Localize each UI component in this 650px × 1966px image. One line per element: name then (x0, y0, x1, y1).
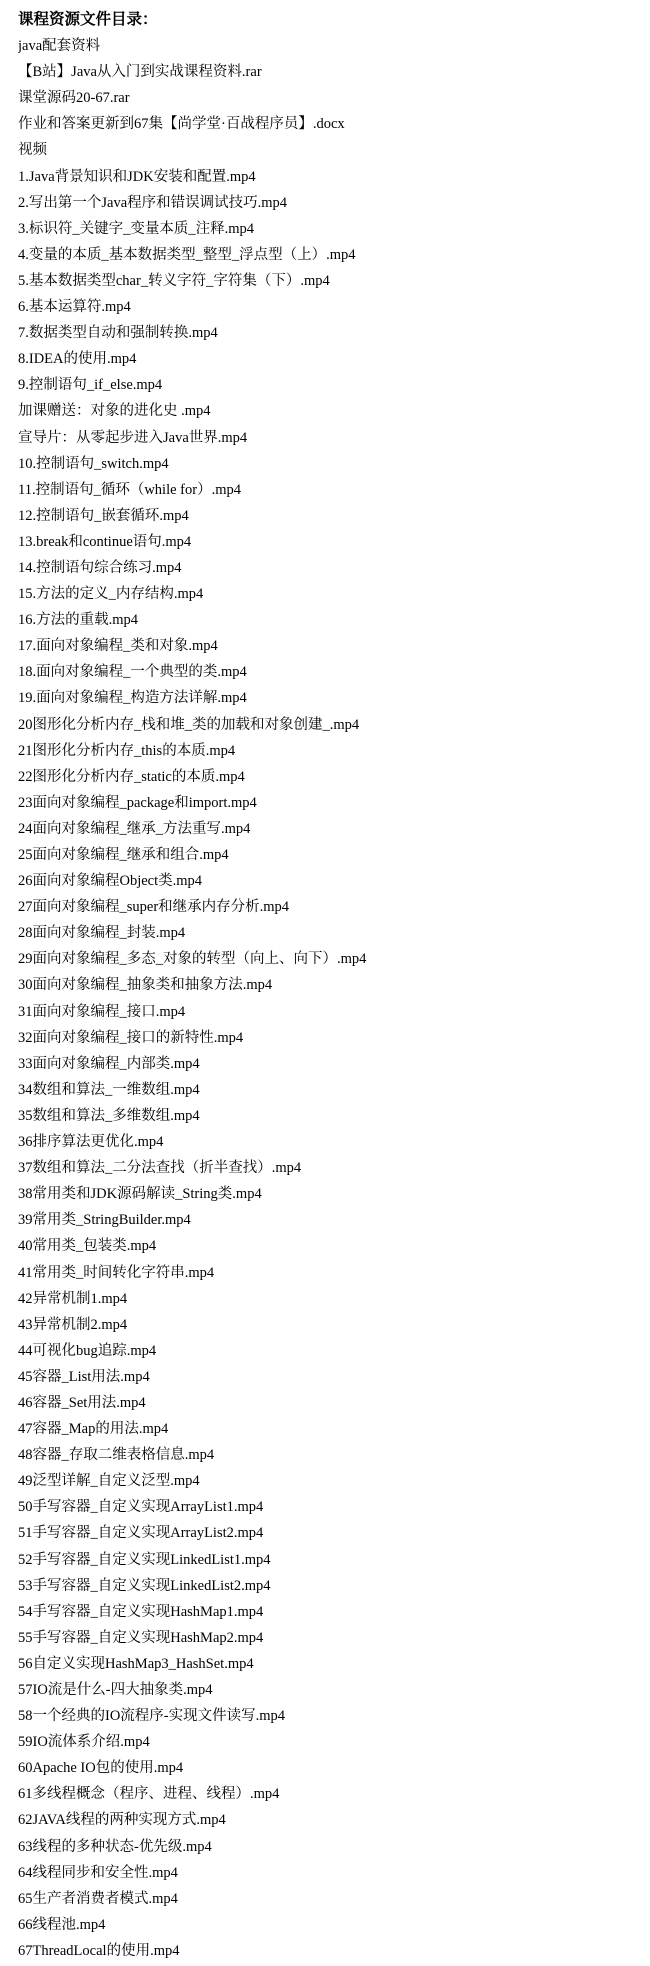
file-list-item: 1.Java背景知识和JDK安装和配置.mp4 (18, 164, 640, 190)
file-list-item: 39常用类_StringBuilder.mp4 (18, 1207, 640, 1233)
file-list-item: 28面向对象编程_封装.mp4 (18, 920, 640, 946)
file-list-item: 11.控制语句_循环（while for）.mp4 (18, 477, 640, 503)
file-list-item: 3.标识符_关键字_变量本质_注释.mp4 (18, 216, 640, 242)
file-list-item: 44可视化bug追踪.mp4 (18, 1338, 640, 1364)
file-list-item: 65生产者消费者模式.mp4 (18, 1886, 640, 1912)
file-list-item: 64线程同步和安全性.mp4 (18, 1860, 640, 1886)
file-list-item: 60Apache IO包的使用.mp4 (18, 1755, 640, 1781)
file-list-item: 53手写容器_自定义实现LinkedList2.mp4 (18, 1573, 640, 1599)
file-list-item: 57IO流是什么-四大抽象类.mp4 (18, 1677, 640, 1703)
file-list-item: 40常用类_包装类.mp4 (18, 1233, 640, 1259)
file-list-item: 4.变量的本质_基本数据类型_整型_浮点型（上）.mp4 (18, 242, 640, 268)
file-list-item: 47容器_Map的用法.mp4 (18, 1416, 640, 1442)
file-list-item: 16.方法的重载.mp4 (18, 607, 640, 633)
file-list-item: 36排序算法更优化.mp4 (18, 1129, 640, 1155)
file-list-item: 59IO流体系介绍.mp4 (18, 1729, 640, 1755)
file-list-item: 21图形化分析内存_this的本质.mp4 (18, 738, 640, 764)
file-list-item: 课堂源码20-67.rar (18, 85, 640, 111)
file-list-item: 50手写容器_自定义实现ArrayList1.mp4 (18, 1494, 640, 1520)
file-list-item: 46容器_Set用法.mp4 (18, 1390, 640, 1416)
file-list-item: 19.面向对象编程_构造方法详解.mp4 (18, 685, 640, 711)
file-list-item: 67ThreadLocal的使用.mp4 (18, 1938, 640, 1964)
file-list-item: 30面向对象编程_抽象类和抽象方法.mp4 (18, 972, 640, 998)
file-list-item: 20图形化分析内存_栈和堆_类的加载和对象创建_.mp4 (18, 712, 640, 738)
file-list-item: 15.方法的定义_内存结构.mp4 (18, 581, 640, 607)
file-list-item: 14.控制语句综合练习.mp4 (18, 555, 640, 581)
file-list-item: 56自定义实现HashMap3_HashSet.mp4 (18, 1651, 640, 1677)
file-list-item: 17.面向对象编程_类和对象.mp4 (18, 633, 640, 659)
file-list-item: 13.break和continue语句.mp4 (18, 529, 640, 555)
file-list-item: 45容器_List用法.mp4 (18, 1364, 640, 1390)
directory-title: 课程资源文件目录： (18, 7, 640, 33)
file-list-item: 55手写容器_自定义实现HashMap2.mp4 (18, 1625, 640, 1651)
file-list-item: 35数组和算法_多维数组.mp4 (18, 1103, 640, 1129)
file-list-item: 宣导片：从零起步进入Java世界.mp4 (18, 425, 640, 451)
file-list-item: 42异常机制1.mp4 (18, 1286, 640, 1312)
file-list-item: 34数组和算法_一维数组.mp4 (18, 1077, 640, 1103)
file-list-item: java配套资料 (18, 33, 640, 59)
file-list-item: 63线程的多种状态-优先级.mp4 (18, 1834, 640, 1860)
file-list-item: 作业和答案更新到67集【尚学堂·百战程序员】.docx (18, 111, 640, 137)
file-list-item: 38常用类和JDK源码解读_String类.mp4 (18, 1181, 640, 1207)
file-list-item: 视频 (18, 137, 640, 163)
file-list-item: 52手写容器_自定义实现LinkedList1.mp4 (18, 1547, 640, 1573)
file-list-item: 48容器_存取二维表格信息.mp4 (18, 1442, 640, 1468)
file-list-item: 33面向对象编程_内部类.mp4 (18, 1051, 640, 1077)
file-list-item: 2.写出第一个Java程序和错误调试技巧.mp4 (18, 190, 640, 216)
file-list: java配套资料【B站】Java从入门到实战课程资料.rar课堂源码20-67.… (18, 33, 640, 1964)
file-list-item: 25面向对象编程_继承和组合.mp4 (18, 842, 640, 868)
file-list-item: 10.控制语句_switch.mp4 (18, 451, 640, 477)
file-list-item: 5.基本数据类型char_转义字符_字符集（下）.mp4 (18, 268, 640, 294)
file-list-item: 41常用类_时间转化字符串.mp4 (18, 1260, 640, 1286)
file-list-item: 29面向对象编程_多态_对象的转型（向上、向下）.mp4 (18, 946, 640, 972)
file-list-item: 49泛型详解_自定义泛型.mp4 (18, 1468, 640, 1494)
file-list-item: 加课赠送：对象的进化史 .mp4 (18, 398, 640, 424)
file-list-item: 31面向对象编程_接口.mp4 (18, 999, 640, 1025)
file-list-item: 8.IDEA的使用.mp4 (18, 346, 640, 372)
file-list-item: 66线程池.mp4 (18, 1912, 640, 1938)
file-list-item: 7.数据类型自动和强制转换.mp4 (18, 320, 640, 346)
file-list-item: 58一个经典的IO流程序-实现文件读写.mp4 (18, 1703, 640, 1729)
file-list-item: 27面向对象编程_super和继承内存分析.mp4 (18, 894, 640, 920)
file-list-item: 23面向对象编程_package和import.mp4 (18, 790, 640, 816)
course-resource-directory: 课程资源文件目录： java配套资料【B站】Java从入门到实战课程资料.rar… (0, 0, 650, 1964)
file-list-item: 26面向对象编程Object类.mp4 (18, 868, 640, 894)
file-list-item: 18.面向对象编程_一个典型的类.mp4 (18, 659, 640, 685)
file-list-item: 9.控制语句_if_else.mp4 (18, 372, 640, 398)
file-list-item: 43异常机制2.mp4 (18, 1312, 640, 1338)
file-list-item: 6.基本运算符.mp4 (18, 294, 640, 320)
file-list-item: 32面向对象编程_接口的新特性.mp4 (18, 1025, 640, 1051)
file-list-item: 37数组和算法_二分法查找（折半查找）.mp4 (18, 1155, 640, 1181)
file-list-item: 62JAVA线程的两种实现方式.mp4 (18, 1807, 640, 1833)
file-list-item: 51手写容器_自定义实现ArrayList2.mp4 (18, 1520, 640, 1546)
file-list-item: 22图形化分析内存_static的本质.mp4 (18, 764, 640, 790)
file-list-item: 54手写容器_自定义实现HashMap1.mp4 (18, 1599, 640, 1625)
file-list-item: 【B站】Java从入门到实战课程资料.rar (18, 59, 640, 85)
file-list-item: 61多线程概念（程序、进程、线程）.mp4 (18, 1781, 640, 1807)
file-list-item: 12.控制语句_嵌套循环.mp4 (18, 503, 640, 529)
file-list-item: 24面向对象编程_继承_方法重写.mp4 (18, 816, 640, 842)
